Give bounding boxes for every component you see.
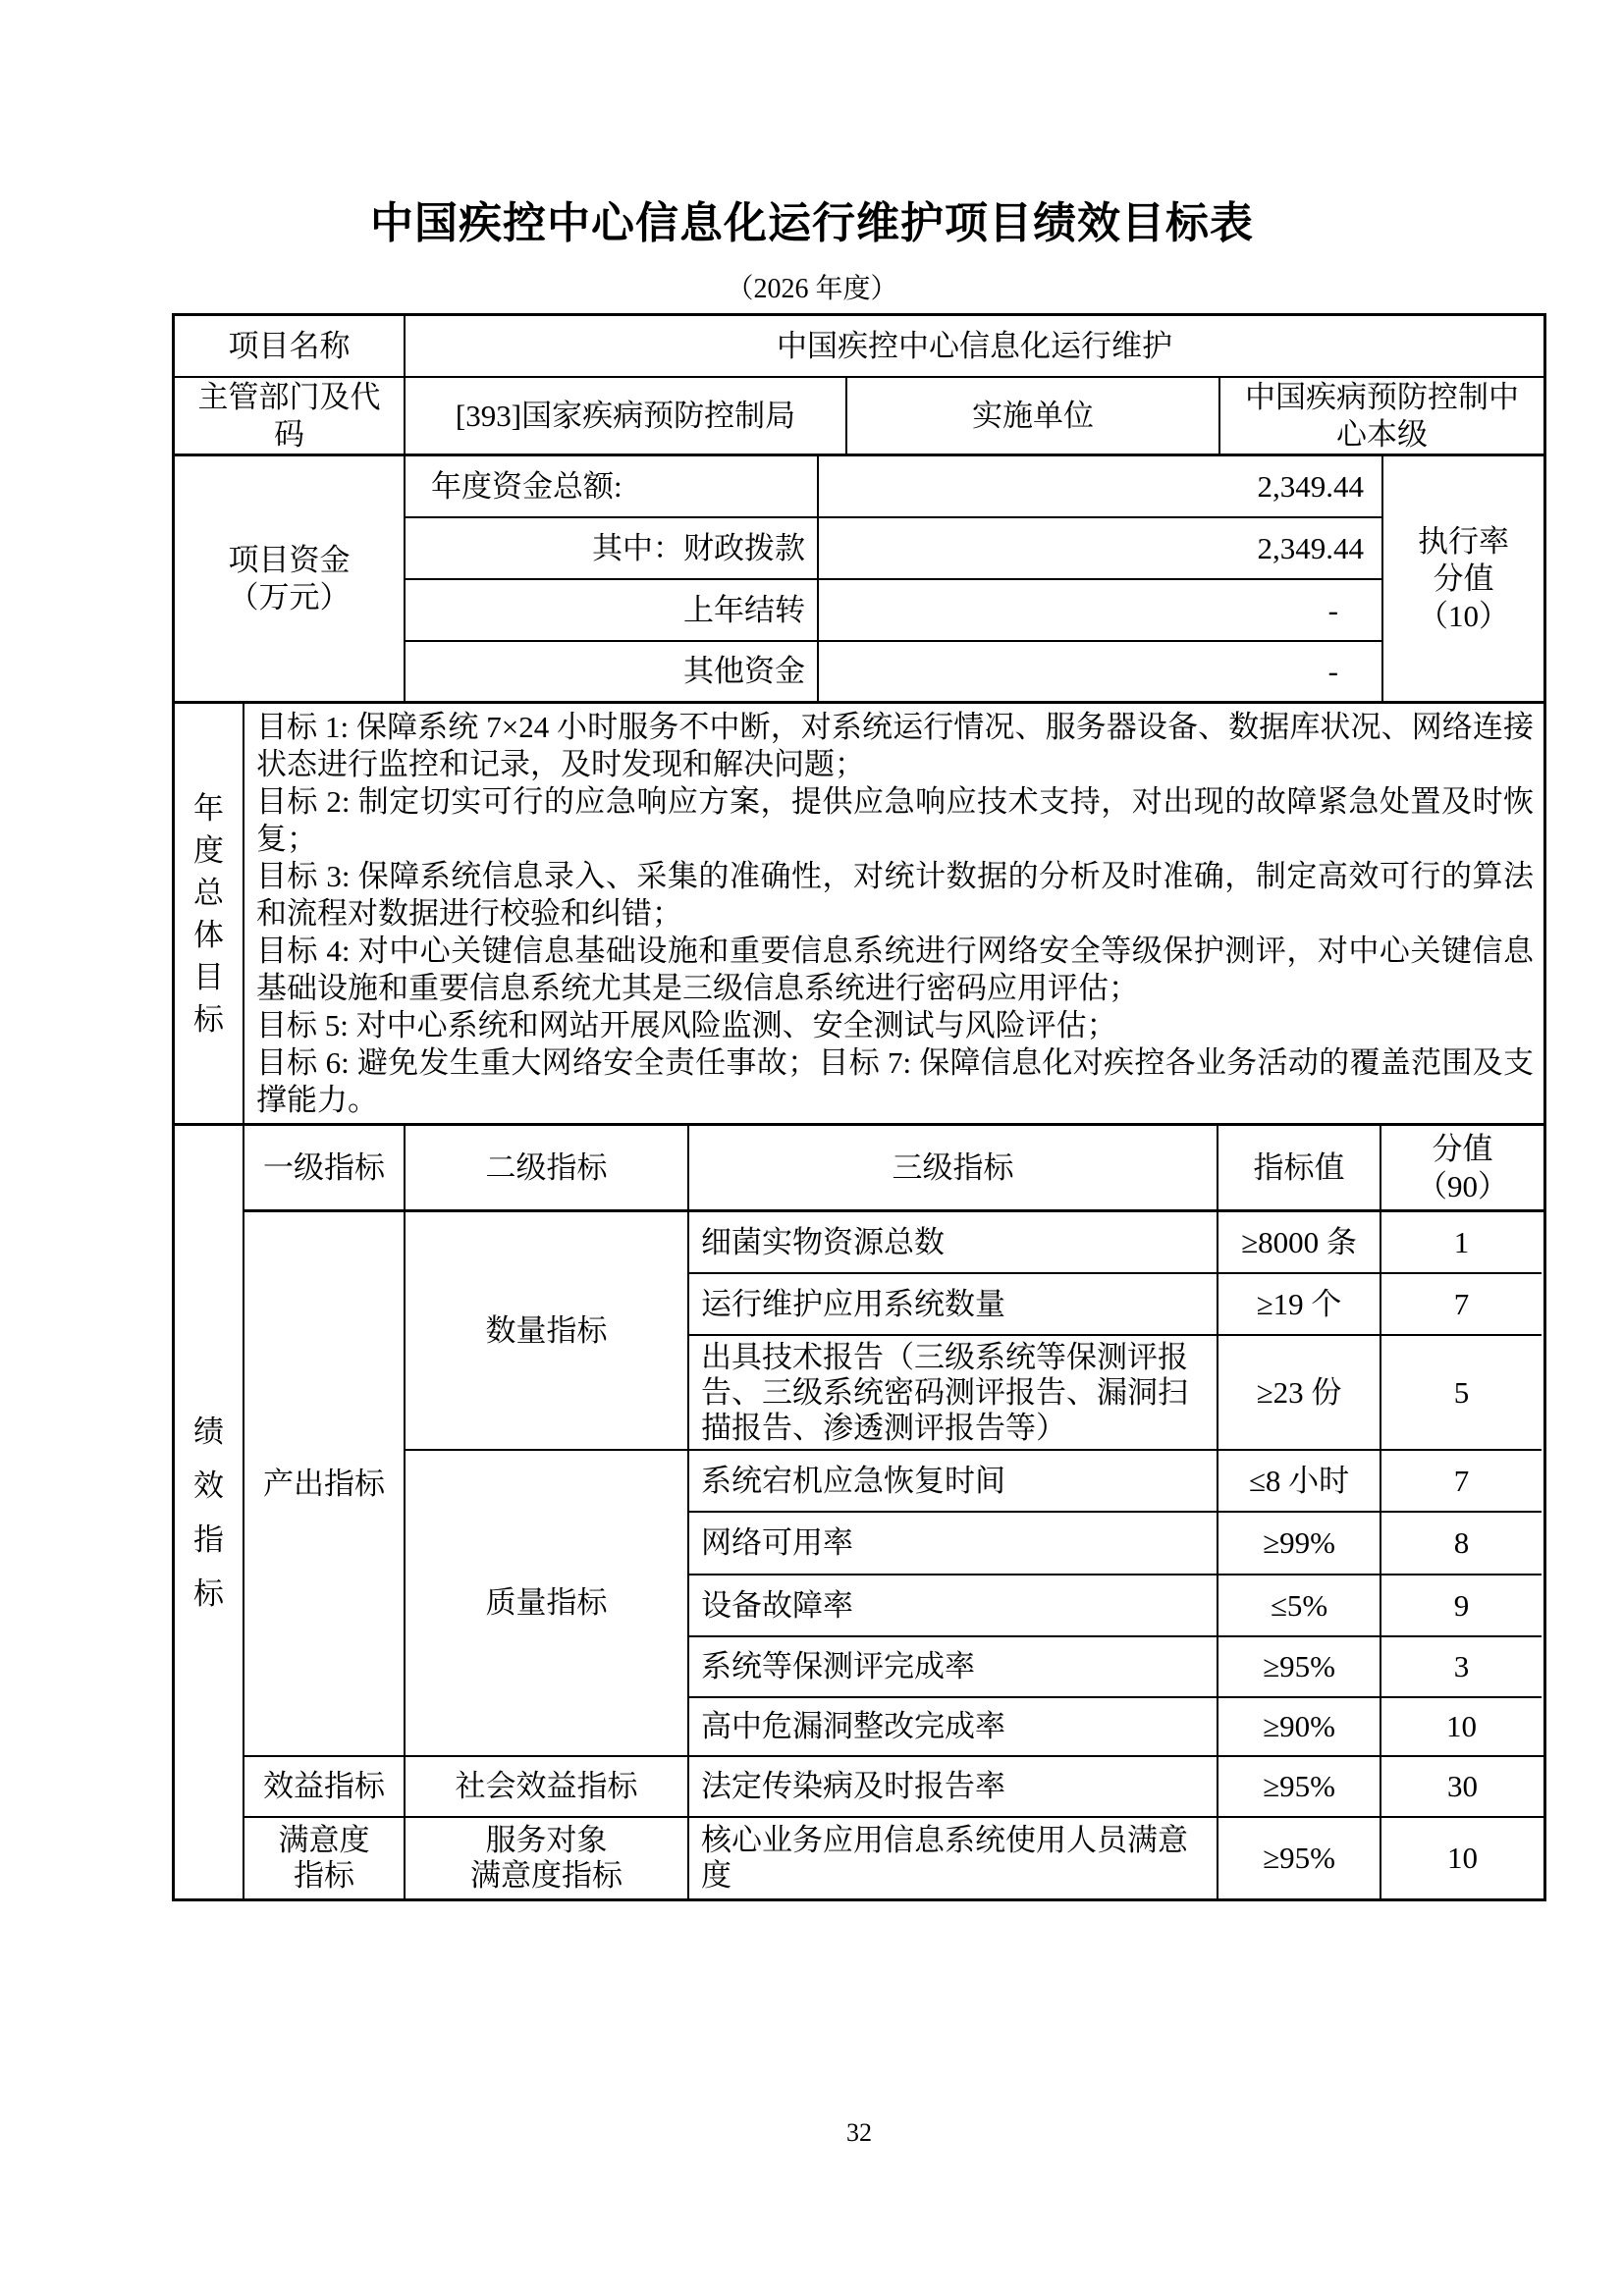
document-page: 中国疾控中心信息化运行维护项目绩效目标表 （2026 年度） 项目名称 中国疾控… bbox=[0, 0, 1624, 2296]
impl-unit-label: 实施单位 bbox=[847, 378, 1220, 454]
section-funding: 项目资金 （万元） 年度资金总额: 2,349.44 其中：财政拨款 2,349… bbox=[175, 456, 1543, 704]
indicator-value: ≤5% bbox=[1218, 1575, 1381, 1635]
impl-unit-value: 中国疾病预防控制中心本级 bbox=[1220, 378, 1543, 454]
header-score: 分值 （90） bbox=[1381, 1126, 1543, 1209]
quantity-rows: 细菌实物资源总数 ≥8000 条 1 运行维护应用系统数量 ≥19 个 7 bbox=[689, 1212, 1542, 1449]
indicator-row: 网络可用率 ≥99% 8 bbox=[689, 1513, 1542, 1575]
header-value: 指标值 bbox=[1218, 1126, 1381, 1209]
indicator-value: ≥95% bbox=[1218, 1757, 1381, 1816]
indicator-value: ≤8 小时 bbox=[1218, 1451, 1381, 1511]
level1-satisfaction: 满意度 指标 bbox=[244, 1818, 406, 1898]
indicator-name: 运行维护应用系统数量 bbox=[689, 1274, 1218, 1334]
dept-value: [393]国家疾病预防控制局 bbox=[406, 378, 847, 454]
indicator-score: 9 bbox=[1381, 1575, 1542, 1635]
level2-service: 服务对象 满意度指标 bbox=[406, 1818, 689, 1898]
indicator-score: 5 bbox=[1381, 1336, 1542, 1449]
row-benefit: 效益指标 社会效益指标 法定传染病及时报告率 ≥95% 30 bbox=[244, 1757, 1543, 1818]
header-level1: 一级指标 bbox=[244, 1126, 406, 1209]
indicator-score: 7 bbox=[1381, 1274, 1542, 1334]
goal-paragraph: 目标 5: 对中心系统和网站开展风险监测、安全测试与风险评估； bbox=[256, 1007, 1534, 1044]
indicator-name: 设备故障率 bbox=[689, 1575, 1218, 1635]
funding-fiscal-label: 其中：财政拨款 bbox=[406, 518, 819, 578]
row-department: 主管部门及代码 [393]国家疾病预防控制局 实施单位 中国疾病预防控制中心本级 bbox=[175, 378, 1543, 456]
funding-row-fiscal: 其中：财政拨款 2,349.44 bbox=[406, 518, 1383, 580]
goal-paragraph: 目标 3: 保障系统信息录入、采集的准确性，对统计数据的分析及时准确，制定高效可… bbox=[256, 858, 1534, 933]
section-annual-goals: 年度总体目标 目标 1: 保障系统 7×24 小时服务不中断，对系统运行情况、服… bbox=[175, 704, 1543, 1126]
indicator-value: ≥90% bbox=[1218, 1698, 1381, 1755]
quality-rows: 系统宕机应急恢复时间 ≤8 小时 7 网络可用率 ≥99% 8 bbox=[689, 1451, 1542, 1755]
row-project-name: 项目名称 中国疾控中心信息化运行维护 bbox=[175, 316, 1543, 378]
indicator-score: 1 bbox=[1381, 1212, 1542, 1272]
indicators-body: 一级指标 二级指标 三级指标 指标值 分值 （90） 产出指标 数量指标 bbox=[244, 1126, 1543, 1898]
indicator-name: 细菌实物资源总数 bbox=[689, 1212, 1218, 1272]
project-name-label: 项目名称 bbox=[175, 316, 406, 376]
annual-goals-text: 目标 1: 保障系统 7×24 小时服务不中断，对系统运行情况、服务器设备、数据… bbox=[244, 704, 1543, 1123]
indicator-name: 高中危漏洞整改完成率 bbox=[689, 1698, 1218, 1755]
indicator-score: 30 bbox=[1381, 1757, 1543, 1816]
funding-rows: 年度资金总额: 2,349.44 其中：财政拨款 2,349.44 上年结转 -… bbox=[406, 456, 1383, 701]
indicator-name: 核心业务应用信息系统使用人员满意度 bbox=[689, 1818, 1218, 1898]
indicator-row: 细菌实物资源总数 ≥8000 条 1 bbox=[689, 1212, 1542, 1274]
indicators-header: 一级指标 二级指标 三级指标 指标值 分值 （90） bbox=[244, 1126, 1543, 1212]
indicator-row: 运行维护应用系统数量 ≥19 个 7 bbox=[689, 1274, 1542, 1336]
header-level3: 三级指标 bbox=[689, 1126, 1218, 1209]
block-quality: 质量指标 系统宕机应急恢复时间 ≤8 小时 7 网络可用率 ≥99% bbox=[406, 1451, 1542, 1755]
annual-goals-label: 年度总体目标 bbox=[175, 704, 244, 1123]
output-inner: 数量指标 细菌实物资源总数 ≥8000 条 1 运行维护应用系统数量 ≥19 个 bbox=[406, 1212, 1542, 1755]
goal-paragraph: 目标 6: 避免发生重大网络安全责任事故；目标 7: 保障信息化对疾控各业务活动… bbox=[256, 1044, 1534, 1119]
indicator-value: ≥8000 条 bbox=[1218, 1212, 1381, 1272]
funding-carryover-label: 上年结转 bbox=[406, 580, 819, 640]
indicator-row: 高中危漏洞整改完成率 ≥90% 10 bbox=[689, 1698, 1542, 1755]
level2-quantity: 数量指标 bbox=[406, 1212, 689, 1449]
page-title: 中国疾控中心信息化运行维护项目绩效目标表 bbox=[0, 196, 1624, 251]
block-quantity: 数量指标 细菌实物资源总数 ≥8000 条 1 运行维护应用系统数量 ≥19 个 bbox=[406, 1212, 1542, 1451]
indicators-label: 绩效指标 bbox=[175, 1126, 244, 1898]
row-satisfaction: 满意度 指标 服务对象 满意度指标 核心业务应用信息系统使用人员满意度 ≥95%… bbox=[244, 1818, 1543, 1898]
page-subtitle: （2026 年度） bbox=[0, 273, 1624, 306]
dept-label: 主管部门及代码 bbox=[175, 378, 406, 454]
indicator-row: 出具技术报告（三级系统等保测评报告、三级系统密码测评报告、漏洞扫描报告、渗透测评… bbox=[689, 1336, 1542, 1449]
project-name-value: 中国疾控中心信息化运行维护 bbox=[406, 316, 1543, 376]
indicator-name: 法定传染病及时报告率 bbox=[689, 1757, 1218, 1816]
indicator-row: 设备故障率 ≤5% 9 bbox=[689, 1575, 1542, 1637]
indicator-score: 3 bbox=[1381, 1637, 1542, 1696]
funding-row-total: 年度资金总额: 2,349.44 bbox=[406, 456, 1383, 518]
indicator-name: 网络可用率 bbox=[689, 1513, 1218, 1574]
funding-carryover-value: - bbox=[819, 580, 1383, 640]
indicator-score: 7 bbox=[1381, 1451, 1542, 1511]
level2-quality: 质量指标 bbox=[406, 1451, 689, 1755]
goal-paragraph: 目标 4: 对中心关键信息基础设施和重要信息系统进行网络安全等级保护测评，对中心… bbox=[256, 933, 1534, 1007]
funding-row-other: 其他资金 - bbox=[406, 642, 1383, 701]
section-indicators: 绩效指标 一级指标 二级指标 三级指标 指标值 分值 （90） 产出指标 bbox=[175, 1126, 1543, 1898]
indicator-row: 系统等保测评完成率 ≥95% 3 bbox=[689, 1637, 1542, 1698]
indicator-name: 出具技术报告（三级系统等保测评报告、三级系统密码测评报告、漏洞扫描报告、渗透测评… bbox=[689, 1336, 1218, 1449]
indicator-value: ≥19 个 bbox=[1218, 1274, 1381, 1334]
funding-total-label: 年度资金总额: bbox=[406, 456, 819, 516]
performance-target-table: 项目名称 中国疾控中心信息化运行维护 主管部门及代码 [393]国家疾病预防控制… bbox=[172, 313, 1546, 1901]
execution-rate-cell: 执行率 分值 （10） bbox=[1383, 456, 1543, 701]
level1-output: 产出指标 bbox=[244, 1212, 406, 1755]
level2-social: 社会效益指标 bbox=[406, 1757, 689, 1816]
indicator-value: ≥95% bbox=[1218, 1637, 1381, 1696]
funding-other-label: 其他资金 bbox=[406, 642, 819, 701]
indicator-score: 10 bbox=[1381, 1818, 1543, 1898]
funding-total-value: 2,349.44 bbox=[819, 456, 1383, 516]
goal-paragraph: 目标 1: 保障系统 7×24 小时服务不中断，对系统运行情况、服务器设备、数据… bbox=[256, 709, 1534, 783]
indicator-value: ≥23 份 bbox=[1218, 1336, 1381, 1449]
level1-benefit: 效益指标 bbox=[244, 1757, 406, 1816]
funding-row-carryover: 上年结转 - bbox=[406, 580, 1383, 642]
funding-label: 项目资金 （万元） bbox=[175, 456, 406, 701]
block-output: 产出指标 数量指标 细菌实物资源总数 ≥8000 条 1 bbox=[244, 1212, 1543, 1757]
funding-fiscal-value: 2,349.44 bbox=[819, 518, 1383, 578]
goal-paragraph: 目标 2: 制定切实可行的应急响应方案，提供应急响应技术支持，对出现的故障紧急处… bbox=[256, 783, 1534, 858]
funding-other-value: - bbox=[819, 642, 1383, 701]
indicator-name: 系统等保测评完成率 bbox=[689, 1637, 1218, 1696]
indicator-name: 系统宕机应急恢复时间 bbox=[689, 1451, 1218, 1511]
indicator-value: ≥99% bbox=[1218, 1513, 1381, 1574]
header-level2: 二级指标 bbox=[406, 1126, 689, 1209]
indicator-row: 系统宕机应急恢复时间 ≤8 小时 7 bbox=[689, 1451, 1542, 1513]
indicator-score: 10 bbox=[1381, 1698, 1542, 1755]
indicator-value: ≥95% bbox=[1218, 1818, 1381, 1898]
indicator-score: 8 bbox=[1381, 1513, 1542, 1574]
page-number: 32 bbox=[172, 2118, 1546, 2148]
